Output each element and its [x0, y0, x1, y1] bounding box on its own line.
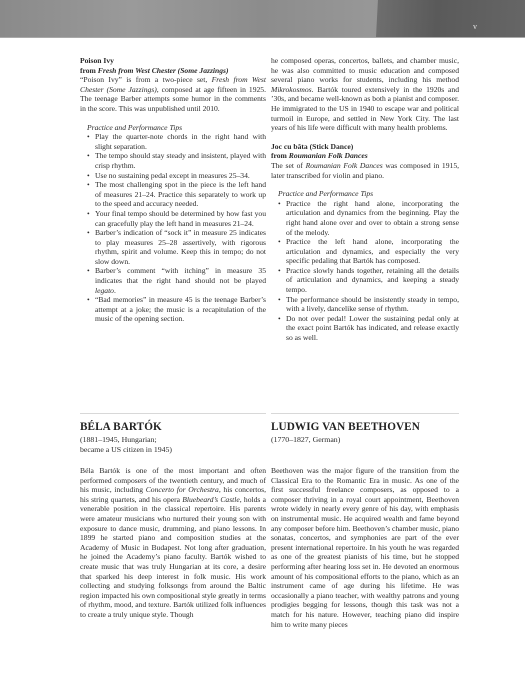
tip-item: The performance should be insistently st… — [278, 295, 459, 314]
tip-item: Practice the left hand alone, incorporat… — [278, 237, 459, 266]
tips-list: Practice the right hand alone, incorpora… — [271, 199, 459, 343]
tip-item: Barber’s indication of “sock it” in meas… — [87, 228, 266, 266]
tip-item: Practice slowly hands together, retainin… — [278, 266, 459, 295]
bio-work-title: Concerto for Orchestra — [146, 485, 219, 494]
bio-work-title: Bluebeard’s Castle — [182, 495, 240, 504]
tips-heading: Practice and Performance Tips — [87, 123, 266, 133]
tip-item: Barber’s comment “with itching” in measu… — [87, 266, 266, 295]
desc-text: The set of — [271, 161, 306, 170]
dates-line: became a US citizen in 1945) — [80, 445, 172, 454]
tip-item: Practice the right hand alone, incorpora… — [278, 199, 459, 237]
tip-text: Barber’s comment “with itching” in measu… — [95, 266, 266, 285]
composer-bio: Béla Bartók is one of the most important… — [80, 466, 266, 620]
bio-text: , holds a venerable position in the clas… — [80, 495, 266, 619]
tips-list: Play the quarter-note chords in the righ… — [80, 132, 266, 324]
bartok-bio-continued: he composed operas, concertos, ballets, … — [271, 56, 459, 133]
source-work-title: Fresh from West Chester (Some Jazzings) — [98, 66, 229, 75]
tip-italic-term: legato — [95, 286, 114, 295]
section-divider — [80, 413, 266, 414]
piece-source: from Roumanian Folk Dances — [271, 151, 459, 161]
page-header-band: v — [0, 0, 525, 38]
composer-bio: Beethoven was the major figure of the tr… — [271, 466, 459, 629]
tip-item: Use no sustaining pedal except in measur… — [87, 171, 266, 181]
bio-work-title: Mikrokosmos — [271, 85, 312, 94]
dates-line: (1881–1945, Hungarian; — [80, 435, 157, 444]
piece-description: The set of Roumanian Folk Dances was com… — [271, 161, 459, 180]
source-prefix: from — [80, 66, 98, 75]
tip-item: Play the quarter-note chords in the righ… — [87, 132, 266, 151]
composer-name: LUDWIG VAN BEETHOVEN — [271, 421, 459, 434]
composer-dates: (1770–1827, German) — [271, 435, 459, 445]
right-column-top: he composed operas, concertos, ballets, … — [271, 56, 459, 343]
composer-name: BÉLA BARTÓK — [80, 421, 266, 434]
desc-text: “Poison Ivy” is from a two-piece set, — [80, 75, 212, 84]
piece-title: Joc cu bâta (Stick Dance) — [271, 142, 459, 152]
tip-item: “Bad memories” in measure 45 is the teen… — [87, 295, 266, 324]
section-divider — [271, 413, 459, 414]
piece-title: Poison Ivy — [80, 56, 266, 66]
piece-description: “Poison Ivy” is from a two-piece set, Fr… — [80, 75, 266, 113]
poison-ivy-section: Poison Ivy from Fresh from West Chester … — [80, 56, 266, 324]
tip-item: Your final tempo should be determined by… — [87, 209, 266, 228]
source-work-title: Roumanian Folk Dances — [289, 151, 368, 160]
tip-item: Do not over pedal! Lower the sustaining … — [278, 314, 459, 343]
piece-source: from Fresh from West Chester (Some Jazzi… — [80, 66, 266, 76]
desc-work-title: Roumanian Folk Dances — [306, 161, 383, 170]
bartok-section: BÉLA BARTÓK (1881–1945, Hungarian;became… — [80, 413, 266, 620]
tip-text: . — [114, 286, 116, 295]
composer-dates: (1881–1945, Hungarian;became a US citize… — [80, 435, 266, 455]
beethoven-section: LUDWIG VAN BEETHOVEN (1770–1827, German)… — [271, 413, 459, 629]
page-number: v — [473, 22, 477, 31]
source-prefix: from — [271, 151, 289, 160]
header-dark-panel — [376, 0, 525, 37]
tip-item: The tempo should stay steady and insiste… — [87, 151, 266, 170]
tips-heading: Practice and Performance Tips — [278, 189, 459, 199]
bio-text: he composed operas, concertos, ballets, … — [271, 56, 459, 84]
tip-item: The most challenging spot in the piece i… — [87, 180, 266, 209]
